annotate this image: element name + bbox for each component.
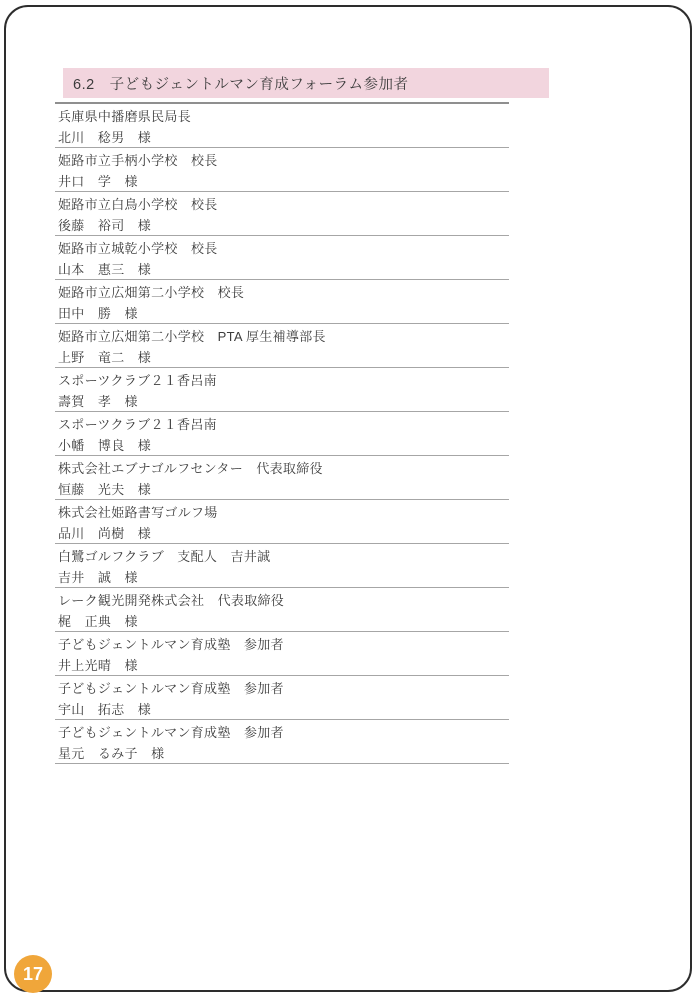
participant-row: 姫路市立城乾小学校 校長 山本 惠三 様 — [55, 236, 509, 280]
participant-title: 姫路市立手柄小学校 校長 — [58, 150, 509, 171]
participant-name: 品川 尚樹 様 — [58, 523, 509, 544]
participant-row: スポーツクラブ２１香呂南 壽賀 孝 様 — [55, 368, 509, 412]
participant-title: 子どもジェントルマン育成塾 参加者 — [58, 634, 509, 655]
participant-title: レーク観光開発株式会社 代表取締役 — [58, 590, 509, 611]
participant-title: 株式会社エブナゴルフセンター 代表取締役 — [58, 458, 509, 479]
participant-row: 白鷺ゴルフクラブ 支配人 吉井誠 吉井 誠 様 — [55, 544, 509, 588]
participant-name: 後藤 裕司 様 — [58, 215, 509, 236]
page-frame: 6.2 子どもジェントルマン育成フォーラム参加者 兵庫県中播磨県民局長 北川 稔… — [4, 5, 692, 992]
participant-name: 井口 学 様 — [58, 171, 509, 192]
participant-row: 兵庫県中播磨県民局長 北川 稔男 様 — [55, 104, 509, 148]
participant-name: 星元 るみ子 様 — [58, 743, 509, 764]
participant-row: 姫路市立広畑第二小学校 校長 田中 勝 様 — [55, 280, 509, 324]
participant-title: 子どもジェントルマン育成塾 参加者 — [58, 722, 509, 743]
participant-title: 子どもジェントルマン育成塾 参加者 — [58, 678, 509, 699]
participant-title: 姫路市立広畑第二小学校 PTA 厚生補導部長 — [58, 326, 509, 347]
participant-row: 姫路市立広畑第二小学校 PTA 厚生補導部長 上野 竜二 様 — [55, 324, 509, 368]
section-header-label: 6.2 子どもジェントルマン育成フォーラム参加者 — [73, 73, 409, 94]
participant-title: 兵庫県中播磨県民局長 — [58, 106, 509, 127]
participant-row: 姫路市立白鳥小学校 校長 後藤 裕司 様 — [55, 192, 509, 236]
participant-row: 子どもジェントルマン育成塾 参加者 星元 るみ子 様 — [55, 720, 509, 764]
participant-name: 上野 竜二 様 — [58, 347, 509, 368]
participant-name: 恒藤 光夫 様 — [58, 479, 509, 500]
participant-row: 姫路市立手柄小学校 校長 井口 学 様 — [55, 148, 509, 192]
participant-name: 壽賀 孝 様 — [58, 391, 509, 412]
participant-name: 北川 稔男 様 — [58, 127, 509, 148]
participant-title: 姫路市立城乾小学校 校長 — [58, 238, 509, 259]
participant-title: 姫路市立広畑第二小学校 校長 — [58, 282, 509, 303]
section-header: 6.2 子どもジェントルマン育成フォーラム参加者 — [63, 68, 549, 98]
participant-title: スポーツクラブ２１香呂南 — [58, 370, 509, 391]
participant-title: スポーツクラブ２１香呂南 — [58, 414, 509, 435]
participant-name: 吉井 誠 様 — [58, 567, 509, 588]
participant-name: 小幡 博良 様 — [58, 435, 509, 456]
participant-row: レーク観光開発株式会社 代表取締役 梶 正典 様 — [55, 588, 509, 632]
participant-name: 井上光晴 様 — [58, 655, 509, 676]
participant-title: 姫路市立白鳥小学校 校長 — [58, 194, 509, 215]
participant-row: 株式会社姫路書写ゴルフ場 品川 尚樹 様 — [55, 500, 509, 544]
participant-name: 宇山 拓志 様 — [58, 699, 509, 720]
participant-row: 子どもジェントルマン育成塾 参加者 井上光晴 様 — [55, 632, 509, 676]
participant-name: 田中 勝 様 — [58, 303, 509, 324]
participant-title: 白鷺ゴルフクラブ 支配人 吉井誠 — [58, 546, 509, 567]
participants-table: 兵庫県中播磨県民局長 北川 稔男 様 姫路市立手柄小学校 校長 井口 学 様 姫… — [55, 102, 509, 764]
page-number-badge: 17 — [14, 955, 52, 993]
page-number-label: 17 — [23, 964, 43, 985]
participant-name: 山本 惠三 様 — [58, 259, 509, 280]
participant-name: 梶 正典 様 — [58, 611, 509, 632]
participant-title: 株式会社姫路書写ゴルフ場 — [58, 502, 509, 523]
participant-row: 子どもジェントルマン育成塾 参加者 宇山 拓志 様 — [55, 676, 509, 720]
participant-row: スポーツクラブ２１香呂南 小幡 博良 様 — [55, 412, 509, 456]
participant-row: 株式会社エブナゴルフセンター 代表取締役 恒藤 光夫 様 — [55, 456, 509, 500]
